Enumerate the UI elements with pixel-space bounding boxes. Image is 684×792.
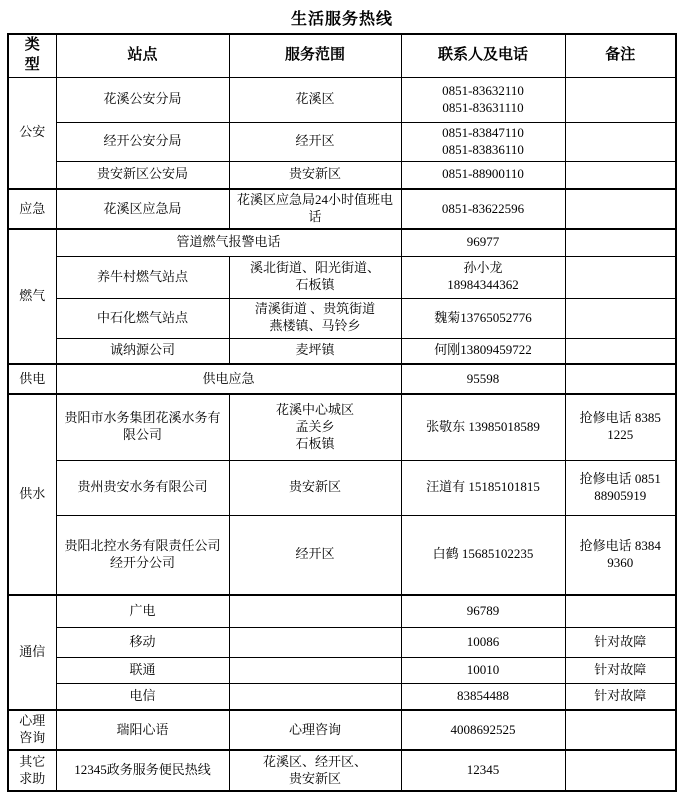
cell-site: 贵阳北控水务有限责任公司经开分公司: [56, 515, 229, 595]
cell-note: [565, 750, 676, 791]
cell-scope: 花溪区应急局24小时值班电话: [229, 189, 401, 229]
header-row: 类 型 站点 服务范围 联系人及电话 备注: [8, 34, 676, 77]
cell-scope: 心理咨询: [229, 710, 401, 750]
type-cell-emergency: 应急: [8, 189, 56, 229]
cell-note: 针对故障: [565, 683, 676, 710]
type-cell-other: 其它 求助: [8, 750, 56, 791]
cell-note: [565, 122, 676, 161]
table-row: 心理 咨询 瑞阳心语 心理咨询 4008692525: [8, 710, 676, 750]
cell-contact: 0851-83622596: [401, 189, 565, 229]
cell-contact: 95598: [401, 364, 565, 394]
cell-note: [565, 256, 676, 298]
cell-contact: 0851-83847110 0851-83836110: [401, 122, 565, 161]
type-cell-gas: 燃气: [8, 229, 56, 364]
table-row: 移动 10086 针对故障: [8, 627, 676, 657]
cell-contact: 96789: [401, 595, 565, 627]
type-cell-power: 供电: [8, 364, 56, 394]
cell-contact: 白鹤 15685102235: [401, 515, 565, 595]
cell-contact: 0851-88900110: [401, 161, 565, 189]
cell-site: 贵安新区公安局: [56, 161, 229, 189]
cell-scope: 溪北街道、阳光街道、 石板镇: [229, 256, 401, 298]
cell-note: 抢修电话 8384 9360: [565, 515, 676, 595]
cell-scope: [229, 683, 401, 710]
cell-note: [565, 710, 676, 750]
cell-site: 移动: [56, 627, 229, 657]
cell-contact: 12345: [401, 750, 565, 791]
cell-scope: 经开区: [229, 515, 401, 595]
cell-note: [565, 189, 676, 229]
cell-contact: 10010: [401, 657, 565, 683]
table-row: 供电 供电应急 95598: [8, 364, 676, 394]
table-row: 中石化燃气站点 清溪街道 、贵筑街道 燕楼镇、马铃乡 魏菊13765052776: [8, 298, 676, 338]
cell-scope: [229, 657, 401, 683]
cell-note: [565, 161, 676, 189]
cell-note: [565, 298, 676, 338]
cell-scope: 清溪街道 、贵筑街道 燕楼镇、马铃乡: [229, 298, 401, 338]
type-cell-police: 公安: [8, 77, 56, 189]
cell-scope: [229, 595, 401, 627]
cell-site: 贵阳市水务集团花溪水务有限公司: [56, 394, 229, 460]
table-row: 诚纳源公司 麦坪镇 何刚13809459722: [8, 338, 676, 364]
cell-note: 针对故障: [565, 627, 676, 657]
cell-contact: 10086: [401, 627, 565, 657]
cell-site-merged: 管道燃气报警电话: [56, 229, 401, 256]
type-cell-water: 供水: [8, 394, 56, 595]
cell-contact: 83854488: [401, 683, 565, 710]
cell-site: 花溪公安分局: [56, 77, 229, 122]
col-header-note: 备注: [565, 34, 676, 77]
cell-contact: 0851-83632110 0851-83631110: [401, 77, 565, 122]
table-row: 联通 10010 针对故障: [8, 657, 676, 683]
table-row: 公安 花溪公安分局 花溪区 0851-83632110 0851-8363111…: [8, 77, 676, 122]
cell-contact: 何刚13809459722: [401, 338, 565, 364]
type-cell-counseling: 心理 咨询: [8, 710, 56, 750]
table-row: 养牛村燃气站点 溪北街道、阳光街道、 石板镇 孙小龙 18984344362: [8, 256, 676, 298]
table-row: 燃气 管道燃气报警电话 96977: [8, 229, 676, 256]
table-row: 贵安新区公安局 贵安新区 0851-88900110: [8, 161, 676, 189]
cell-contact: 魏菊13765052776: [401, 298, 565, 338]
table-row: 其它 求助 12345政务服务便民热线 花溪区、经开区、 贵安新区 12345: [8, 750, 676, 791]
table-row: 电信 83854488 针对故障: [8, 683, 676, 710]
cell-contact: 汪道有 15185101815: [401, 460, 565, 515]
cell-scope: 经开区: [229, 122, 401, 161]
col-header-type: 类 型: [8, 34, 56, 77]
type-cell-telecom: 通信: [8, 595, 56, 710]
cell-note: 抢修电话 8385 1225: [565, 394, 676, 460]
cell-site: 诚纳源公司: [56, 338, 229, 364]
col-header-contact: 联系人及电话: [401, 34, 565, 77]
table-row: 贵州贵安水务有限公司 贵安新区 汪道有 15185101815 抢修电话 085…: [8, 460, 676, 515]
cell-scope: 花溪中心城区 孟关乡 石板镇: [229, 394, 401, 460]
cell-site: 经开公安分局: [56, 122, 229, 161]
cell-site: 广电: [56, 595, 229, 627]
cell-scope: 花溪区: [229, 77, 401, 122]
cell-note: [565, 364, 676, 394]
cell-site: 养牛村燃气站点: [56, 256, 229, 298]
cell-site-merged: 供电应急: [56, 364, 401, 394]
col-header-site: 站点: [56, 34, 229, 77]
table-row: 经开公安分局 经开区 0851-83847110 0851-83836110: [8, 122, 676, 161]
cell-contact: 96977: [401, 229, 565, 256]
cell-site: 电信: [56, 683, 229, 710]
cell-note: [565, 229, 676, 256]
cell-scope: 贵安新区: [229, 460, 401, 515]
cell-note: 针对故障: [565, 657, 676, 683]
col-header-scope: 服务范围: [229, 34, 401, 77]
cell-scope: 麦坪镇: [229, 338, 401, 364]
cell-site: 中石化燃气站点: [56, 298, 229, 338]
cell-scope: [229, 627, 401, 657]
cell-note: 抢修电话 0851 88905919: [565, 460, 676, 515]
table-row: 通信 广电 96789: [8, 595, 676, 627]
cell-site: 瑞阳心语: [56, 710, 229, 750]
table-row: 贵阳北控水务有限责任公司经开分公司 经开区 白鹤 15685102235 抢修电…: [8, 515, 676, 595]
cell-note: [565, 77, 676, 122]
hotline-table: 类 型 站点 服务范围 联系人及电话 备注 公安 花溪公安分局 花溪区 0851…: [7, 33, 677, 792]
cell-scope: 花溪区、经开区、 贵安新区: [229, 750, 401, 791]
cell-site: 12345政务服务便民热线: [56, 750, 229, 791]
table-row: 供水 贵阳市水务集团花溪水务有限公司 花溪中心城区 孟关乡 石板镇 张敬东 13…: [8, 394, 676, 460]
table-row: 应急 花溪区应急局 花溪区应急局24小时值班电话 0851-83622596: [8, 189, 676, 229]
cell-site: 联通: [56, 657, 229, 683]
cell-site: 花溪区应急局: [56, 189, 229, 229]
cell-note: [565, 595, 676, 627]
cell-note: [565, 338, 676, 364]
cell-contact: 张敬东 13985018589: [401, 394, 565, 460]
cell-site: 贵州贵安水务有限公司: [56, 460, 229, 515]
cell-contact: 4008692525: [401, 710, 565, 750]
cell-contact: 孙小龙 18984344362: [401, 256, 565, 298]
page-title: 生活服务热线: [0, 0, 684, 33]
cell-scope: 贵安新区: [229, 161, 401, 189]
page: 生活服务热线 类 型 站点 服务范围 联系人及电话 备注 公安 花溪公安分局 花…: [0, 0, 684, 792]
